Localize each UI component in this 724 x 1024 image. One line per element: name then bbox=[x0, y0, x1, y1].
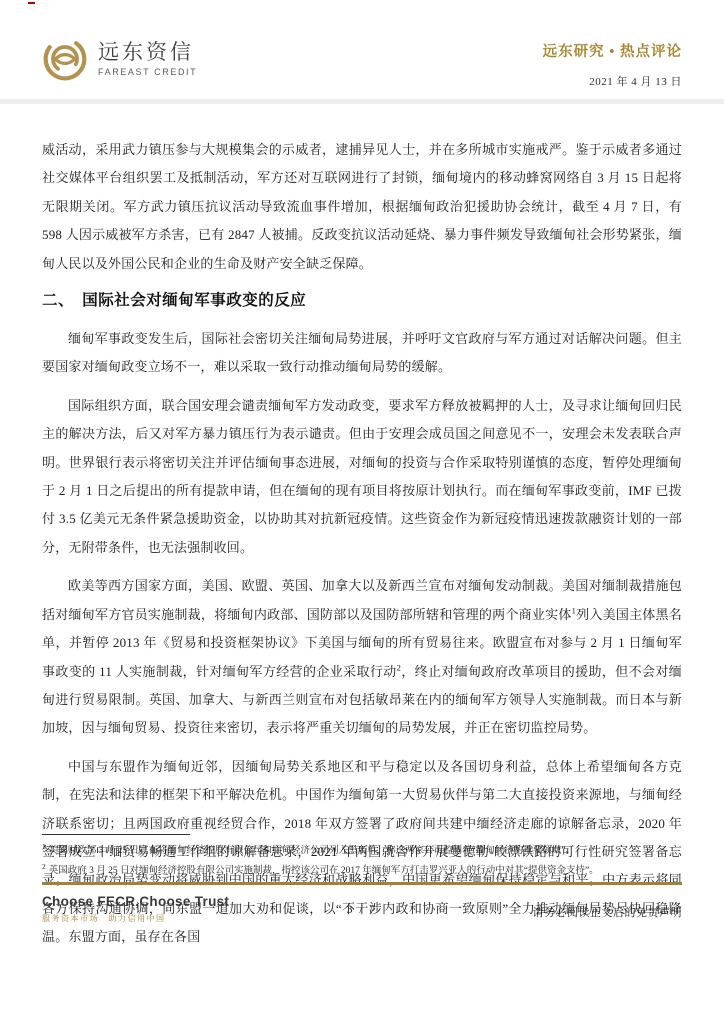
footer-slogan-cn: 服务资本市场 助力信用中国 bbox=[42, 913, 272, 924]
logo-name-en: FAREAST CREDIT bbox=[98, 67, 197, 77]
footer-slogan-en: Choose FECR,Choose Trust bbox=[42, 894, 272, 909]
footer-divider bbox=[42, 882, 682, 885]
header-right: 远东研究 • 热点评论 2021 年 4 月 13 日 bbox=[543, 36, 682, 89]
logo-name-cn: 远东资信 bbox=[98, 41, 197, 64]
top-left-red-mark bbox=[28, 2, 35, 4]
footnote-2-text: 英国政府 3 月 25 日对缅甸经济控股有限公司实施制裁，指控该公司在 2017… bbox=[49, 866, 599, 876]
footer-disclaimer: 请务必阅读正文后的免责声明 bbox=[452, 894, 682, 920]
footer-row: Choose FECR,Choose Trust 服务资本市场 助力信用中国 3… bbox=[42, 894, 682, 924]
footnote-1: 1美国财政部 3 月 25 日宣布将缅甸经济控股有限公司和缅甸经济公司列入黑名单… bbox=[42, 841, 682, 861]
fareast-credit-swirl-logo-icon bbox=[42, 36, 88, 82]
paragraph-intl-response: 缅甸军事政变发生后，国际社会密切关注缅甸局势进展，并呼吁文官政府与军方通过对话解… bbox=[42, 325, 682, 382]
page-header: 远东资信 FAREAST CREDIT 远东研究 • 热点评论 2021 年 4… bbox=[42, 36, 682, 90]
footnote-2-marker: 2 bbox=[42, 862, 46, 871]
page-number: 3 / 7 bbox=[272, 894, 452, 916]
footnote-1-text: 美国财政部 3 月 25 日宣布将缅甸经济控股有限公司和缅甸经济公司列入黑名单，… bbox=[49, 846, 575, 856]
paragraph-western-sanctions: 欧美等西方国家方面，美国、欧盟、英国、加拿大以及新西兰宣布对缅甸发动制裁。美国对… bbox=[42, 572, 682, 742]
brand-logo: 远东资信 FAREAST CREDIT bbox=[42, 36, 197, 82]
page-footer: Choose FECR,Choose Trust 服务资本市场 助力信用中国 3… bbox=[42, 882, 682, 924]
document-page: 远东资信 FAREAST CREDIT 远东研究 • 热点评论 2021 年 4… bbox=[0, 0, 724, 1024]
footnote-2: 2英国政府 3 月 25 日对缅甸经济控股有限公司实施制裁，指控该公司在 201… bbox=[42, 861, 682, 881]
brand-logo-text: 远东资信 FAREAST CREDIT bbox=[98, 41, 197, 77]
paragraph-continuation: 威活动，采用武力镇压参与大规模集会的示威者，逮捕异见人士，并在多所城市实施戒严。… bbox=[42, 136, 682, 278]
header-divider-band bbox=[0, 99, 724, 104]
footnote-1-marker: 1 bbox=[42, 842, 46, 851]
footnote-divider bbox=[42, 834, 190, 835]
paragraph-intl-orgs: 国际组织方面，联合国安理会谴责缅甸军方发动政变，要求军方释放被羁押的人士，及寻求… bbox=[42, 392, 682, 562]
footer-brand-slogans: Choose FECR,Choose Trust 服务资本市场 助力信用中国 bbox=[42, 894, 272, 924]
series-title: 远东研究 • 热点评论 bbox=[543, 40, 682, 61]
report-date: 2021 年 4 月 13 日 bbox=[543, 73, 682, 89]
footnotes-section: 1美国财政部 3 月 25 日宣布将缅甸经济控股有限公司和缅甸经济公司列入黑名单… bbox=[42, 834, 682, 881]
section-heading: 二、 国际社会对缅甸军事政变的反应 bbox=[42, 288, 682, 310]
